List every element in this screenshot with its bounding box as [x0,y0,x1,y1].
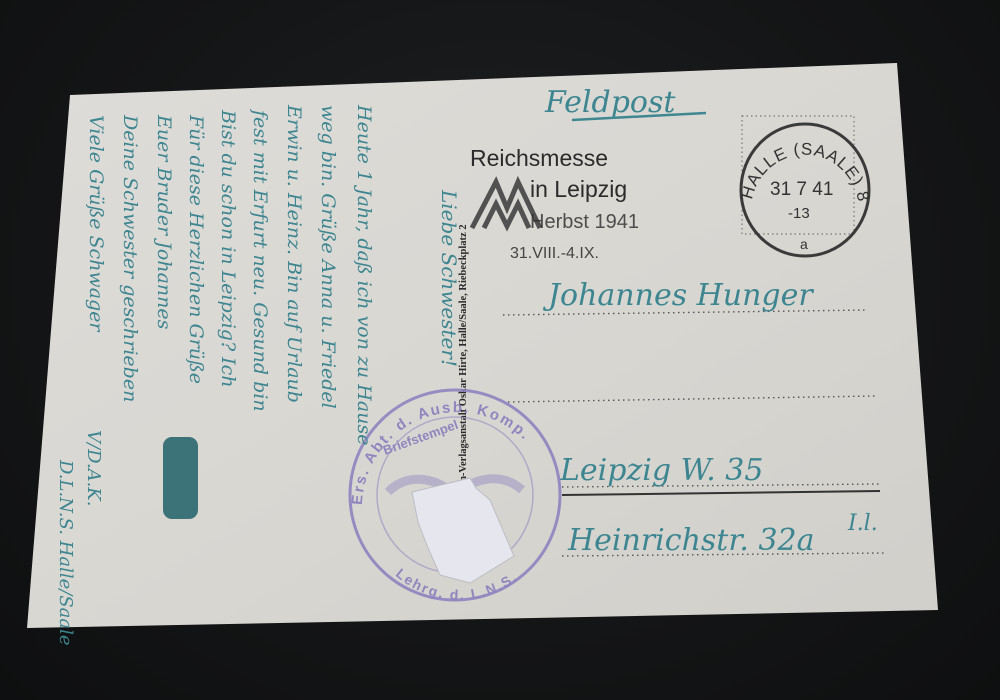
svg-text:D.L.N.S. Halle/Saale: D.L.N.S. Halle/Saale [55,459,76,646]
svg-text:31 7 41: 31 7 41 [770,179,833,200]
photo-scene: arten-Verlagsanstalt Oskar Hirte, Halle/… [0,0,1000,700]
svg-text:a: a [800,236,808,252]
svg-text:Deine Schwester geschrieben: Deine Schwester geschrieben [119,114,141,402]
svg-text:in Leipzig: in Leipzig [530,176,627,202]
svg-text:Für diese Herzlichen Grüße: Für diese Herzlichen Grüße [185,114,207,384]
svg-text:Viele Grüße Schwager: Viele Grüße Schwager [85,115,107,333]
svg-text:Euer Bruder Johannes: Euer Bruder Johannes [153,114,175,330]
ink-blot [163,437,198,519]
svg-text:I.l.: I.l. [847,511,878,536]
svg-text:Bist du schon in Leipzig? Ich: Bist du schon in Leipzig? Ich [217,109,239,388]
svg-text:Reichsmesse: Reichsmesse [470,145,608,171]
svg-text:-13: -13 [788,205,810,222]
svg-text:V/D.A.K.: V/D.A.K. [83,430,104,506]
postcard-photo: arten-Verlagsanstalt Oskar Hirte, Halle/… [0,0,1000,700]
svg-text:Johannes Hunger: Johannes Hunger [542,278,814,313]
svg-text:31.VIII.-4.IX.: 31.VIII.-4.IX. [510,245,599,262]
svg-text:Heute 1 Jahr, daß ich von zu H: Heute 1 Jahr, daß ich von zu Hause [353,104,375,445]
svg-text:weg bin. Grüße Anna u. Friedel: weg bin. Grüße Anna u. Friedel [317,105,339,409]
svg-text:Erwin u. Heinz. Bin auf Urlaub: Erwin u. Heinz. Bin auf Urlaub [283,104,305,403]
svg-text:Leipzig W. 35: Leipzig W. 35 [559,453,763,488]
svg-text:Herbst 1941: Herbst 1941 [530,211,639,233]
svg-text:Liebe Schwester!: Liebe Schwester! [437,189,461,367]
svg-text:Heinrichstr. 32a: Heinrichstr. 32a [567,523,815,558]
svg-text:fest mit Erfurt neu. Gesund bi: fest mit Erfurt neu. Gesund bin [249,108,271,412]
